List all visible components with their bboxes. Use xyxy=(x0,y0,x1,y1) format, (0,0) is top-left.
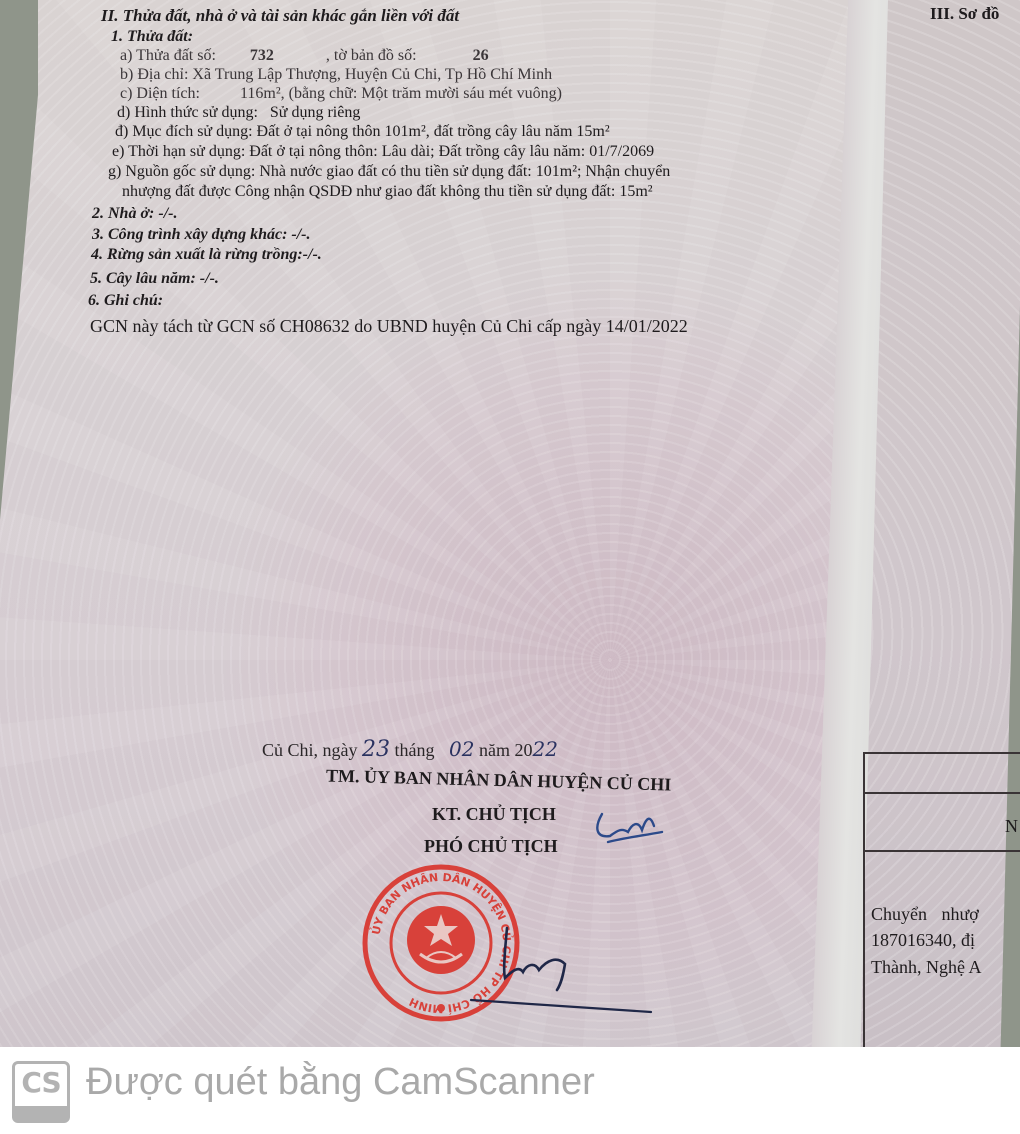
month-handwritten: 02 xyxy=(449,737,474,761)
camscanner-label: Được quét bằng CamScanner xyxy=(86,1061,595,1104)
on-behalf-title: KT. CHỦ TỊCH xyxy=(432,804,556,825)
area-row: c) Diện tích: 116m², (bằng chữ: Một trăm… xyxy=(120,85,562,103)
camscanner-logo-icon: CS xyxy=(12,1061,70,1123)
usage-purpose-row: đ) Mục đích sử dụng: Đất ở tại nông thôn… xyxy=(115,123,610,141)
camscanner-logo-text: CS xyxy=(15,1066,67,1099)
parcel-number: 732 xyxy=(250,47,322,65)
table-cut-letter: N xyxy=(1005,816,1018,837)
month-label: tháng xyxy=(395,740,435,760)
map-sheet-label: , tờ bản đồ số: xyxy=(326,47,417,64)
item-notes-heading: 6. Ghi chú: xyxy=(88,292,163,310)
item-house: 2. Nhà ở: -/-. xyxy=(92,205,177,223)
origin-row-2: nhượng đất được Công nhận QSDĐ như giao … xyxy=(122,183,653,201)
item-production-forest: 4. Rừng sản xuất là rừng trồng:-/-. xyxy=(91,246,322,264)
item-other-construction: 3. Công trình xây dựng khác: -/-. xyxy=(92,226,311,244)
position-title: PHÓ CHỦ TỊCH xyxy=(424,836,558,857)
usage-form-row: d) Hình thức sử dụng: Sử dụng riêng xyxy=(117,104,360,122)
transfer-line-3: Thành, Nghệ A xyxy=(871,957,981,978)
transfer-record-table: N Chuyển nhượ 187016340, đị Thành, Nghệ … xyxy=(863,752,1020,1047)
section-title: II. Thửa đất, nhà ở và tài sản khác gắn … xyxy=(101,6,459,26)
scanned-photo: II. Thửa đất, nhà ở và tài sản khác gắn … xyxy=(0,0,1020,1047)
transfer-line-1: Chuyển nhượ xyxy=(871,904,979,925)
place-date: Củ Chi, ngày 23 tháng 02 năm 2022 xyxy=(262,737,558,762)
usage-term-row: e) Thời hạn sử dụng: Đất ở tại nông thôn… xyxy=(112,143,654,161)
initials-signature xyxy=(588,806,668,846)
camscanner-logo-band xyxy=(15,1106,67,1120)
origin-row-1: g) Nguồn gốc sử dụng: Nhà nước giao đất … xyxy=(108,163,670,181)
year-handwritten: 22 xyxy=(532,737,557,761)
item-perennial-trees: 5. Cây lâu năm: -/-. xyxy=(90,270,219,288)
day-handwritten: 23 xyxy=(362,737,390,762)
place-date-prefix: Củ Chi, ngày xyxy=(262,740,358,760)
transfer-line-2: 187016340, đị xyxy=(871,930,975,951)
parcel-number-row: a) Thửa đất số: 732 , tờ bản đồ số: 26 xyxy=(120,47,489,65)
main-signature xyxy=(455,900,655,1020)
parcel-label: a) Thửa đất số: xyxy=(120,47,216,64)
address-row: b) Địa chỉ: Xã Trung Lập Thượng, Huyện C… xyxy=(120,66,552,84)
year-label: năm 20 xyxy=(479,740,533,760)
camscanner-watermark: CS Được quét bằng CamScanner xyxy=(0,1047,1020,1134)
map-sheet-number: 26 xyxy=(473,47,489,65)
note-text: GCN này tách từ GCN số CH08632 do UBND h… xyxy=(90,316,688,337)
right-section-title: III. Sơ đồ xyxy=(930,4,999,24)
land-parcel-heading: 1. Thửa đất: xyxy=(111,28,193,46)
